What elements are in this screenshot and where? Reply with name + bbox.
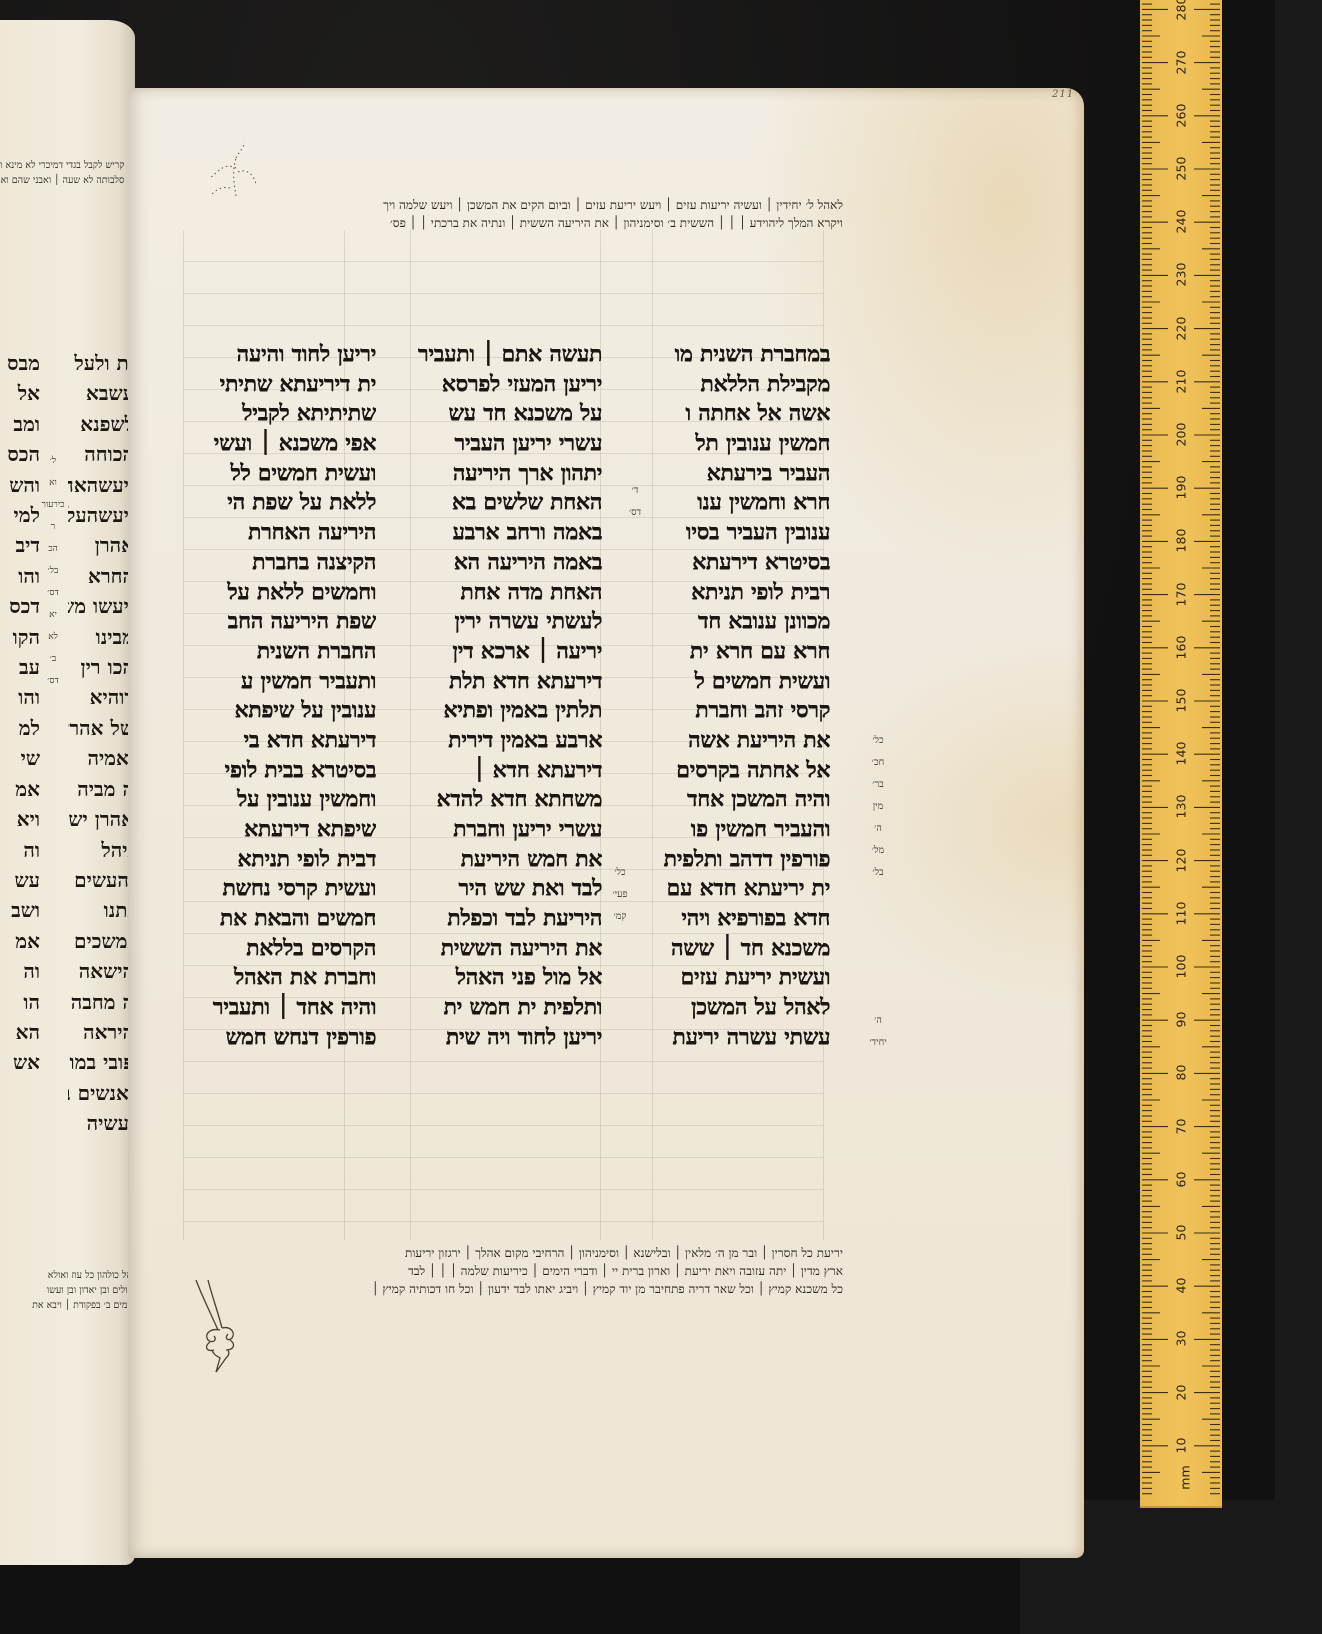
text-line: וחמשים ללאת על bbox=[180, 578, 376, 608]
text-column-middle: תעשה אתם ׀ ותעביריריען המעזי לפרסאעל משכ… bbox=[410, 340, 602, 1053]
text-line: ארבע באמין דירית bbox=[410, 726, 602, 756]
masorah-note: בר׳ bbox=[858, 774, 898, 796]
text-line: ועשית חמשים ל bbox=[652, 667, 830, 697]
left-page-column-inner: ית ולעל יתעשבאלשפנאהכוחהויעשהאהלויעשהעלפ… bbox=[68, 348, 134, 1139]
text-line: והו bbox=[0, 561, 40, 591]
ruler-tick-label: 20 bbox=[1174, 1377, 1189, 1407]
text-line: משחתא חדא להדא bbox=[410, 785, 602, 815]
masorah-note: חכ׳ bbox=[858, 752, 898, 774]
text-line: מבס bbox=[0, 348, 40, 378]
masorah-note: דס׳ bbox=[38, 582, 68, 604]
masorah-note: ה׳ bbox=[858, 1010, 898, 1032]
text-line: ואמיה bbox=[68, 743, 134, 773]
ruler-tick-label: 30 bbox=[1174, 1324, 1189, 1354]
text-line: שתיתיתא לקביל bbox=[180, 399, 376, 429]
masorah-note: כל׳ bbox=[858, 730, 898, 752]
text-line: שי bbox=[0, 743, 40, 773]
masorah-note: דס׳ bbox=[38, 670, 68, 692]
ruler-tick-label: 10 bbox=[1174, 1430, 1189, 1460]
masorah-note: יא bbox=[38, 604, 68, 626]
text-line: הישאה bbox=[68, 956, 134, 986]
text-line: את היריעת אשה bbox=[652, 726, 830, 756]
text-line: יריעה ׀ ארכא דין bbox=[410, 637, 602, 667]
text-line: ית דיריעתא שתיתי bbox=[180, 370, 376, 400]
text-line: הקו bbox=[0, 622, 40, 652]
left-masora-magna-bottom: ואהל כולהון כל עוז ואולא שאולים ובן יאדו… bbox=[0, 1268, 130, 1313]
text-line: אמ bbox=[0, 926, 40, 956]
masorah-parva-outer-margin-lower: ה׳יחיד׳ bbox=[858, 1010, 898, 1054]
masorah-note: ד׳ bbox=[622, 480, 648, 502]
text-line: של אהרן bbox=[68, 713, 134, 743]
text-line: אהרן bbox=[68, 530, 134, 560]
text-line: חרא וחמשין ענו bbox=[652, 488, 830, 518]
ruler-tick-label: 190 bbox=[1174, 473, 1189, 503]
text-line: בסיטרא דירעתא bbox=[652, 548, 830, 578]
text-line: ועשית קרסי נחשת bbox=[180, 874, 376, 904]
text-line: לבד ואת שש היר bbox=[410, 874, 602, 904]
text-line: הקיצנה בחברת bbox=[180, 548, 376, 578]
masora-line: לאהל ל׳ יחידין ׀ ועשיה יריעות עזים ׀ ויע… bbox=[183, 196, 843, 214]
text-line: ועשיה bbox=[68, 1108, 134, 1138]
text-line: פובי במו bbox=[68, 1047, 134, 1077]
text-line: ויעשהעלפה bbox=[68, 500, 134, 530]
text-line: העביר בירעתא bbox=[652, 459, 830, 489]
masorah-note: כל׳ bbox=[600, 862, 640, 884]
text-line: בסיטרא בבית לופי bbox=[180, 756, 376, 786]
text-line: משכנא חד ׀ ששה bbox=[652, 934, 830, 964]
text-line: תלתין באמין ופתיא bbox=[410, 696, 602, 726]
text-line: למ bbox=[0, 713, 40, 743]
ruler-tick-label: 140 bbox=[1174, 739, 1189, 769]
text-line: אל bbox=[0, 378, 40, 408]
text-line: הו bbox=[0, 987, 40, 1017]
masora-line: ארץ מדין ׀ יתה עזובה ויאת יריעת ׀ וארון … bbox=[183, 1262, 843, 1280]
ruler-tick-label: 40 bbox=[1174, 1271, 1189, 1301]
text-line: אל אחתה בקרסים bbox=[652, 756, 830, 786]
micrography-flourish-top-icon bbox=[196, 138, 266, 202]
ruler-tick-label: 150 bbox=[1174, 686, 1189, 716]
text-line: וה bbox=[0, 956, 40, 986]
left-page-column-outer: מבסאלומבהכסוהשלמידיבוהודכסהקועבוהולמשיאמ… bbox=[0, 348, 40, 1078]
text-line: אל מול פני האהל bbox=[410, 963, 602, 993]
text-line: יריען לחוד ויה שית bbox=[410, 1023, 602, 1053]
text-line: ועשית יריעת עזים bbox=[652, 963, 830, 993]
text-line: באמה ורחב ארבע bbox=[410, 518, 602, 548]
text-line: דירעתא חדא בי bbox=[180, 726, 376, 756]
text-line: אש bbox=[0, 1047, 40, 1077]
text-line: רבית לופי תניתא bbox=[652, 578, 830, 608]
ruler-tick-label: 270 bbox=[1174, 47, 1189, 77]
masora-line: ולא קריש לקבל בגדי דמיכרי לא מינא ומיכרי… bbox=[10, 158, 135, 173]
text-line: האחת מדה אחת bbox=[410, 578, 602, 608]
text-line: תעשה אתם ׀ ותעביר bbox=[410, 340, 602, 370]
text-line: מקבילת הללאת bbox=[652, 370, 830, 400]
text-line: והיה המשכן אחד bbox=[652, 785, 830, 815]
ruler-tick-label: 170 bbox=[1174, 579, 1189, 609]
text-line: ללאת על שפת הי bbox=[180, 488, 376, 518]
text-line: והיה אחד ׀ ותעביר bbox=[180, 993, 376, 1023]
ruler-tick-label: 90 bbox=[1174, 1005, 1189, 1035]
ruler-tick-label: 200 bbox=[1174, 420, 1189, 450]
text-line: דבית לופי תניתא bbox=[180, 845, 376, 875]
masorah-note: לא bbox=[38, 626, 68, 648]
masorah-note: וא bbox=[38, 472, 68, 494]
ruler-tick-label: 70 bbox=[1174, 1111, 1189, 1141]
text-line: יתהון ארך היריעה bbox=[410, 459, 602, 489]
left-masorah-parva: ל׳ואכירעוררהכבל׳דס׳יאלאב׳דס׳ bbox=[38, 450, 68, 692]
text-line: האחת שלשים בא bbox=[410, 488, 602, 518]
ruler-tick-label: 80 bbox=[1174, 1058, 1189, 1088]
text-line: החרא bbox=[68, 561, 134, 591]
text-line: הכו רין bbox=[68, 652, 134, 682]
text-line: ויא bbox=[0, 804, 40, 834]
text-line: ואנשים ביו bbox=[68, 1078, 134, 1108]
text-line: הא bbox=[0, 1017, 40, 1047]
text-line: הכס bbox=[0, 439, 40, 469]
masora-line: דהימים ב׳ בפקודת ׀ ויבא את bbox=[10, 1298, 135, 1313]
text-line: שפת היריעה החב bbox=[180, 607, 376, 637]
text-line: יריען לחוד והיעה bbox=[180, 340, 376, 370]
ruler-tick-label: 210 bbox=[1174, 366, 1189, 396]
masorah-parva-intercolumn-lower: כל׳פעי׳קמ׳ bbox=[600, 862, 640, 928]
text-line: יריען המעזי לפרסא bbox=[410, 370, 602, 400]
text-line: ומב bbox=[0, 409, 40, 439]
ruler-tick-label: 160 bbox=[1174, 632, 1189, 662]
ruler-tick-label: 130 bbox=[1174, 792, 1189, 822]
masorah-note: מל׳ bbox=[858, 840, 898, 862]
masorah-note: יחיד׳ bbox=[858, 1032, 898, 1054]
masorah-note: ל׳ bbox=[38, 450, 68, 472]
masora-line: ויקרא המלך ליהוידע ׀ ׀ ׀ הששית ב׳ וסימני… bbox=[183, 214, 843, 232]
masorah-note: קמ׳ bbox=[600, 906, 640, 928]
text-line: והעשים bbox=[68, 865, 134, 895]
masora-line: יריעת כל חסרין ׀ ובר מן ה׳ מלאין ׀ ובליש… bbox=[183, 1244, 843, 1262]
text-line: דירעתא חדא ׀ bbox=[410, 756, 602, 786]
masorah-note: הכ bbox=[38, 538, 68, 560]
text-line: עשרי יריען העביר bbox=[410, 429, 602, 459]
text-line: שיפתא דירעתא bbox=[180, 815, 376, 845]
text-line: אמ bbox=[0, 774, 40, 804]
masora-magna-top: לאהל ל׳ יחידין ׀ ועשיה יריעות עזים ׀ ויע… bbox=[183, 196, 843, 232]
text-line: נתנו bbox=[68, 895, 134, 925]
measurement-ruler: 1020304050607080901001101201301401501601… bbox=[1140, 0, 1222, 1508]
ruler-tick-label: 110 bbox=[1174, 898, 1189, 928]
text-line: והש bbox=[0, 470, 40, 500]
text-line: חדא בפורפיא ויהי bbox=[652, 904, 830, 934]
ruler-tick-label: 120 bbox=[1174, 845, 1189, 875]
text-line: דירעתא חדא תלת bbox=[410, 667, 602, 697]
text-line: היריעת לבד וכפלת bbox=[410, 904, 602, 934]
ruler-tick-label: 220 bbox=[1174, 313, 1189, 343]
text-line: באמה היריעה הא bbox=[410, 548, 602, 578]
text-line: דיב bbox=[0, 530, 40, 560]
text-line: לעשתי עשרה ירין bbox=[410, 607, 602, 637]
left-masora-magna-top: ולא קריש לקבל בגדי דמיכרי לא מינא ומיכרי… bbox=[0, 158, 130, 188]
text-line: ותעביר חמשין ע bbox=[180, 667, 376, 697]
text-line: במחברת השנית מו bbox=[652, 340, 830, 370]
text-line: וה bbox=[0, 835, 40, 865]
ruler-tick-label: 260 bbox=[1174, 100, 1189, 130]
text-line: דכס bbox=[0, 591, 40, 621]
folio-number: 211 bbox=[1052, 89, 1074, 100]
pen-flourish-bottom-icon bbox=[192, 1278, 242, 1374]
text-line: הקרסים בללאת bbox=[180, 934, 376, 964]
text-line: על משכנא חד עש bbox=[410, 399, 602, 429]
masorah-note: ה׳ bbox=[858, 818, 898, 840]
text-line: עשרי יריען וחברת bbox=[410, 815, 602, 845]
text-line: לאהל על המשכן bbox=[652, 993, 830, 1023]
text-line: אהרן ישראל bbox=[68, 804, 134, 834]
text-line: קרסי זהב וחברת bbox=[652, 696, 830, 726]
ruler-tick-label: 240 bbox=[1174, 207, 1189, 237]
text-line: וחמשין ענובין על bbox=[180, 785, 376, 815]
text-line: ית יריעתא חדא עם bbox=[652, 874, 830, 904]
masora-magna-bottom: יריעת כל חסרין ׀ ובר מן ה׳ מלאין ׀ ובליש… bbox=[183, 1244, 843, 1298]
text-line: חמשים והבאת את bbox=[180, 904, 376, 934]
ruler-tick-label: 100 bbox=[1174, 952, 1189, 982]
text-line: נמשכים bbox=[68, 926, 134, 956]
text-line: למי bbox=[0, 500, 40, 530]
text-line: החברת השנית bbox=[180, 637, 376, 667]
text-line: לשפנא bbox=[68, 409, 134, 439]
masorah-note: בל׳ bbox=[38, 560, 68, 582]
text-line: ענובין על שיפתא bbox=[180, 696, 376, 726]
masorah-note: כירעור bbox=[38, 494, 68, 516]
text-line: היראה bbox=[68, 1017, 134, 1047]
text-line: ה מביה bbox=[68, 774, 134, 804]
text-column-left: יריען לחוד והיעהית דיריעתא שתיתישתיתיתא … bbox=[180, 340, 376, 1053]
text-line: ויעשהאהל bbox=[68, 470, 134, 500]
text-line: ית ולעל ית bbox=[68, 348, 134, 378]
text-line: הכוחה bbox=[68, 439, 134, 469]
ruler-tick-label: 250 bbox=[1174, 154, 1189, 184]
masora-line: שאולים ובן יאדון ובן ועשו bbox=[10, 1283, 135, 1298]
text-line: פורפין דדהב ותלפית bbox=[652, 845, 830, 875]
text-line: היריעה האחרת bbox=[180, 518, 376, 548]
ruler-tick-label: 280 bbox=[1174, 0, 1189, 24]
text-line: חרא עם חרא ית bbox=[652, 637, 830, 667]
masorah-note: ב׳ bbox=[38, 648, 68, 670]
masorah-note: בל׳ bbox=[858, 862, 898, 884]
text-line: דוהיא bbox=[68, 682, 134, 712]
text-line: מכוונן ענובא חד bbox=[652, 607, 830, 637]
text-line: ניהל bbox=[68, 835, 134, 865]
text-line: ותלפית ית חמש ית bbox=[410, 993, 602, 1023]
text-line: ויעשו משה bbox=[68, 591, 134, 621]
masorah-note: מין bbox=[858, 796, 898, 818]
text-line: עשבא bbox=[68, 378, 134, 408]
text-line: אפי משכנא ׀ ועשי bbox=[180, 429, 376, 459]
text-column-right: במחברת השנית מומקבילת הללאתאשה אל אחתה ו… bbox=[652, 340, 830, 1053]
text-line: וחברת את האהל bbox=[180, 963, 376, 993]
text-line: חמשין ענובין תל bbox=[652, 429, 830, 459]
text-line: עש bbox=[0, 865, 40, 895]
text-line: מבינו bbox=[68, 622, 134, 652]
text-line: את חמש היריעת bbox=[410, 845, 602, 875]
text-line: ה מחבה bbox=[68, 987, 134, 1017]
masorah-note: דס׳ bbox=[622, 502, 648, 524]
text-line: ועשית חמשים לל bbox=[180, 459, 376, 489]
masorah-note: ר bbox=[38, 516, 68, 538]
text-line: עב bbox=[0, 652, 40, 682]
text-line: והו bbox=[0, 682, 40, 712]
masora-line: כל משכנא קמיץ ׀ וכל שאר דריה פתחיבר מן י… bbox=[183, 1280, 843, 1298]
text-line: והעביר חמשין פו bbox=[652, 815, 830, 845]
masorah-parva-intercolumn-upper: ד׳דס׳ bbox=[622, 480, 648, 524]
text-line: עשתי עשרה יריעת bbox=[652, 1023, 830, 1053]
ruler-tick-label: 180 bbox=[1174, 526, 1189, 556]
ruler-tick-label: 60 bbox=[1174, 1164, 1189, 1194]
ruler-unit-label: mm bbox=[1178, 1463, 1193, 1493]
text-line: את היריעה הששית bbox=[410, 934, 602, 964]
ruler-tick-label: 50 bbox=[1174, 1218, 1189, 1248]
text-line: ושב bbox=[0, 895, 40, 925]
ruler-tick-label: 230 bbox=[1174, 260, 1189, 290]
text-line: פורפין דנחש חמש bbox=[180, 1023, 376, 1053]
masorah-note: פעי׳ bbox=[600, 884, 640, 906]
text-line: ענובין העביר בסיו bbox=[652, 518, 830, 548]
text-line: אשה אל אחתה ו bbox=[652, 399, 830, 429]
left-page-verso: ולא קריש לקבל בגדי דמיכרי לא מינא ומיכרי… bbox=[0, 20, 135, 1565]
masora-line: ואהל כולהון כל עוז ואולא bbox=[10, 1268, 135, 1283]
masora-line: ולא סלבותה לא שעה ׀ ואבני שהם ואבני bbox=[10, 173, 135, 188]
masorah-parva-outer-margin: כל׳חכ׳בר׳מיןה׳מל׳בל׳ bbox=[858, 730, 898, 884]
background-cloth-right bbox=[1275, 0, 1322, 1634]
